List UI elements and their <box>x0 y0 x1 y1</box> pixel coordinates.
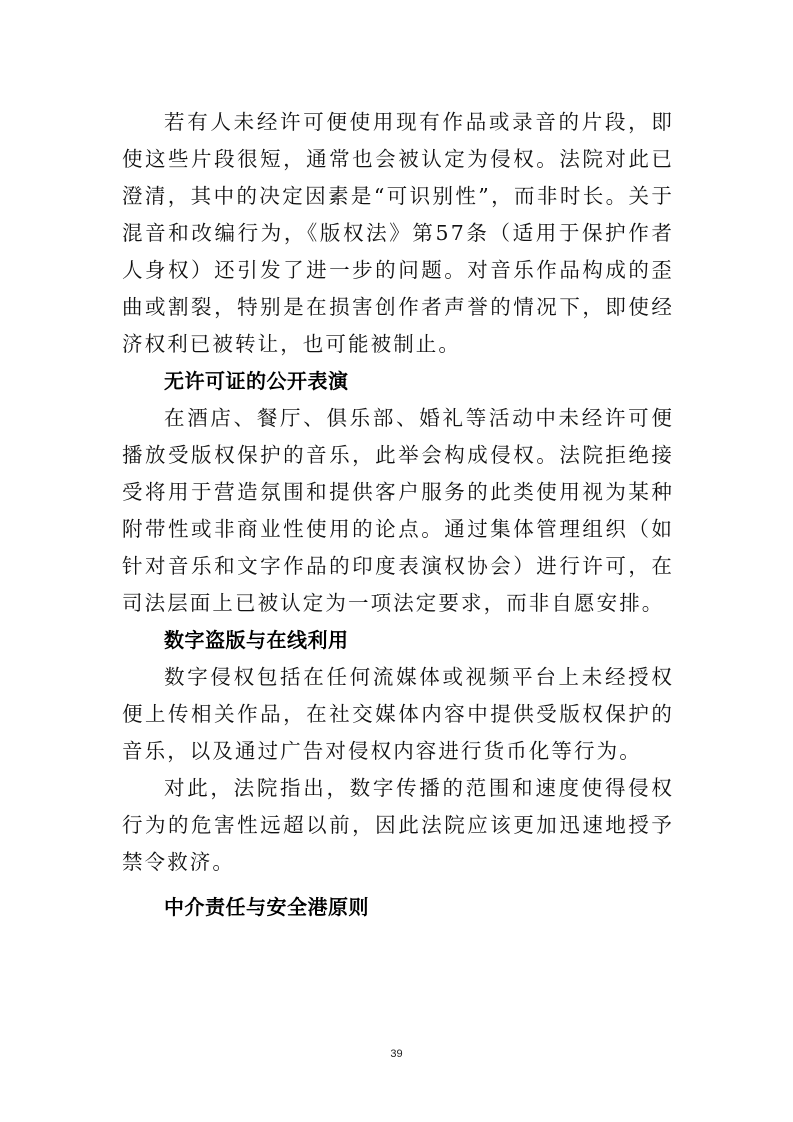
paragraph-remix-fragments: 若有人未经许可便使用现有作品或录音的片段，即使这些片段很短，通常也会被认定为侵权… <box>122 104 674 363</box>
section-heading-digital-piracy: 数字盗版与在线利用 <box>122 622 674 659</box>
page-number: 39 <box>0 1048 793 1060</box>
section-heading-public-performance: 无许可证的公开表演 <box>122 363 674 400</box>
document-page: 若有人未经许可便使用现有作品或录音的片段，即使这些片段很短，通常也会被认定为侵权… <box>122 104 674 926</box>
paragraph-court-injunction: 对此，法院指出，数字传播的范围和速度使得侵权行为的危害性远超以前，因此法院应该更… <box>122 770 674 881</box>
paragraph-public-performance: 在酒店、餐厅、俱乐部、婚礼等活动中未经许可便播放受版权保护的音乐，此举会构成侵权… <box>122 400 674 622</box>
section-heading-intermediary-liability: 中介责任与安全港原则 <box>122 889 674 926</box>
paragraph-digital-infringement: 数字侵权包括在任何流媒体或视频平台上未经授权便上传相关作品，在社交媒体内容中提供… <box>122 659 674 770</box>
